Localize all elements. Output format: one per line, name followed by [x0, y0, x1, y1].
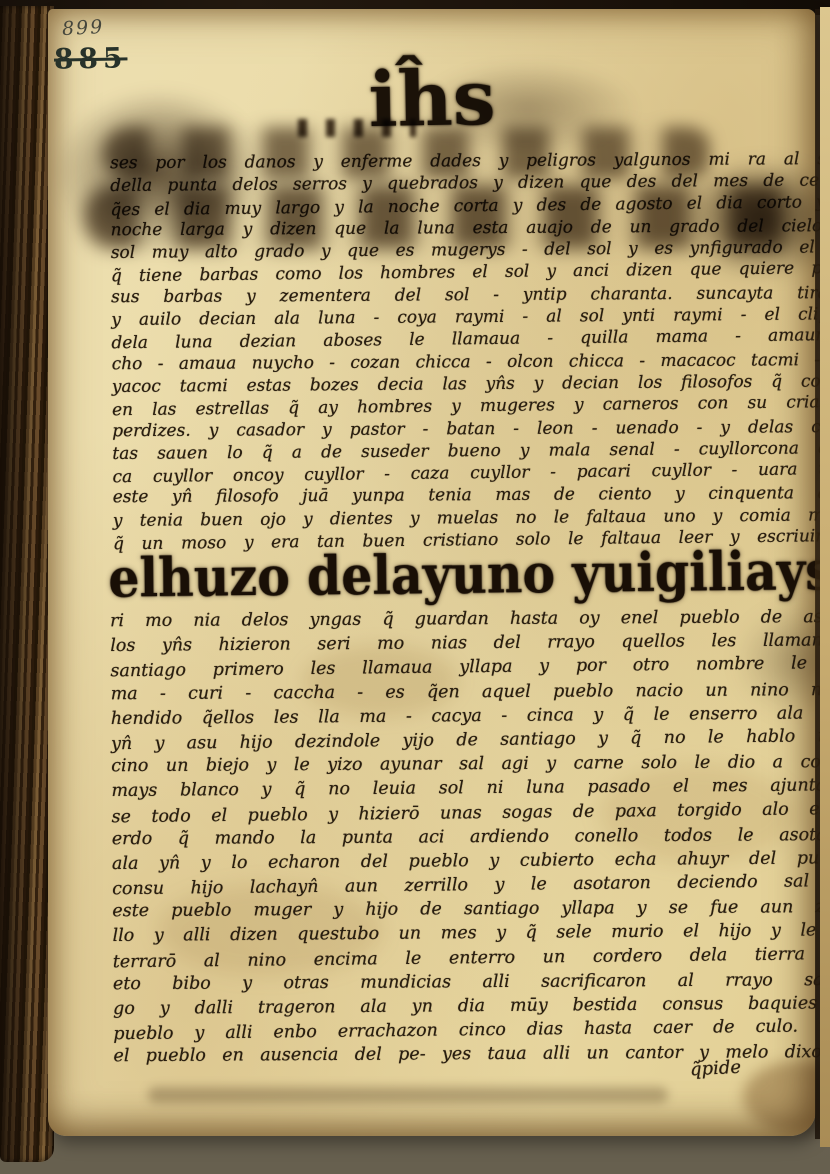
manuscript-scan: 899 885 iĥs ses por los danos y enferme …	[0, 0, 830, 1174]
folio-number-modern: 899	[61, 16, 104, 40]
manuscript-line: este yn̂ filosofo juā yunpa tenia mas de…	[113, 482, 830, 509]
book-gutter-edge	[0, 6, 54, 1162]
manuscript-line: perdizes. y casador y pastor - batan - l…	[112, 415, 830, 442]
manuscript-line: ma - curi - caccha - es q̃en aquel puebl…	[111, 677, 830, 705]
section-heading: elhuzo delayuno yuigiliayse	[108, 539, 830, 609]
manuscript-page: 899 885 iĥs ses por los danos y enferme …	[48, 9, 816, 1136]
manuscript-line: cino un biejo y le yizo ayunar sal agi y…	[111, 750, 830, 778]
manuscript-line: ses por los danos y enferme dades y peli…	[110, 148, 830, 175]
manuscript-line: erdo q̃ mando la punta aci ardiendo cone…	[112, 823, 830, 851]
adjacent-page-edge	[820, 7, 830, 1147]
manuscript-line: cho - amaua nuycho - cozan chicca - olco…	[112, 349, 830, 376]
manuscript-line: noche larga y dizen que la luna esta aua…	[111, 215, 830, 242]
ink-bleed-smudge	[148, 1087, 668, 1103]
catchword: q̃pide	[689, 1057, 741, 1081]
body-text-upper: ses por los danos y enferme dades y peli…	[110, 147, 830, 554]
manuscript-line: este pueblo muger y hijo de santiago yll…	[112, 895, 830, 923]
ihs-monogram: iĥs	[368, 60, 496, 138]
manuscript-line: sus barbas y zementera del sol - yntip c…	[111, 282, 830, 309]
manuscript-line: ri mo nia delos yngas q̃ guardan hasta o…	[110, 605, 830, 633]
body-text-lower: ri mo nia delos yngas q̃ guardan hasta o…	[110, 604, 830, 1069]
folio-number-crossed: 885	[54, 41, 128, 75]
manuscript-line: eto bibo y otras mundicias alli sacrific…	[113, 968, 830, 996]
